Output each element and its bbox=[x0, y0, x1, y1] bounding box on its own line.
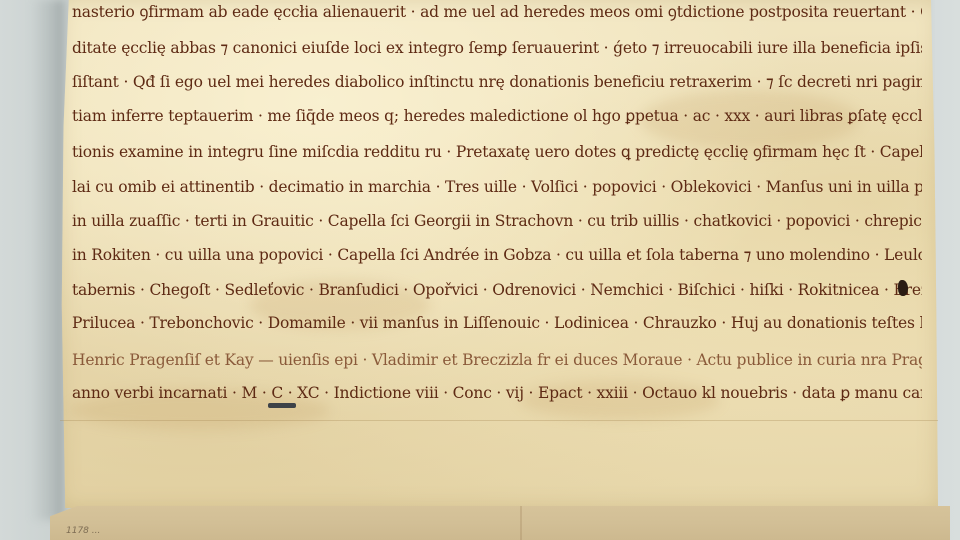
parchment-hole bbox=[898, 280, 908, 296]
text-line-12: anno verbi incarnati · M · C · XC · Indi… bbox=[72, 383, 922, 403]
text-line-9: tabernis · Chegoſt · Sedleťovic · Branſu… bbox=[72, 280, 922, 300]
text-line-8: in Rokiten · cu uilla una popovici · Cap… bbox=[72, 245, 922, 265]
text-line-4: tiam inferre teptauerim · me ſiq̄de meos… bbox=[72, 106, 922, 126]
text-line-6: lai cu omib ei attinentib · decimatio in… bbox=[72, 177, 922, 197]
text-line-10: Prilucea · Trebonchovic · Domamile · vii… bbox=[72, 313, 922, 333]
fold-line bbox=[60, 420, 938, 421]
text-line-2: ditate ęcclię abbas ⁊ canonici eiuſde lo… bbox=[72, 38, 922, 58]
text-line-1: nasterio ꝯfirmam ab eade ęccłia alienaue… bbox=[72, 2, 922, 22]
text-line-3: ſiſtant · Qđ ſi ego uel mei heredes diab… bbox=[72, 72, 922, 92]
text-line-7: in uilla zuaſſic · terti in Grauitic · C… bbox=[72, 211, 922, 231]
parchment-tear bbox=[268, 403, 296, 408]
parchment-shadow bbox=[30, 0, 64, 520]
text-line-5: tionis examine in integru ſine miſcdia r… bbox=[72, 142, 922, 162]
text-line-11: Henric Pragenſiſ et Kay — uienſis epi · … bbox=[72, 350, 922, 370]
bottom-strip-fold bbox=[520, 506, 522, 540]
bottom-parchment-strip bbox=[50, 506, 950, 540]
archive-note: 1178 ... bbox=[66, 526, 100, 536]
